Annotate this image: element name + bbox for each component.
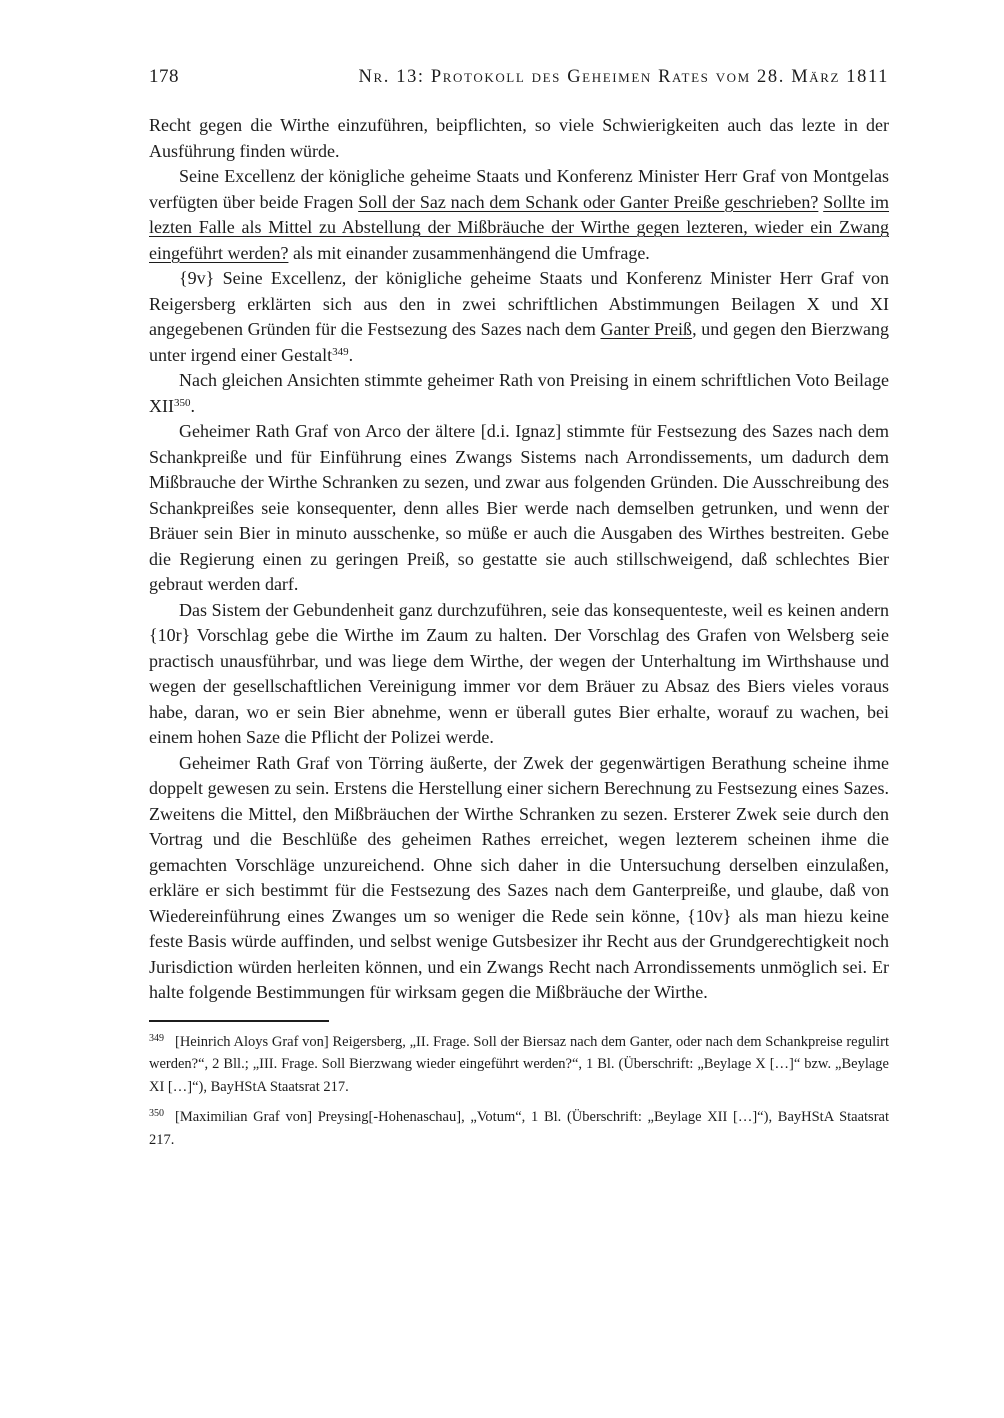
underlined-text: Soll der Saz nach dem Schank oder Ganter… — [358, 192, 818, 212]
footnote-number: 349 — [149, 1033, 164, 1044]
text-column: 178 Nr. 13: Protokoll des Geheimen Rates… — [149, 66, 889, 1159]
text-run: Geheimer Rath Graf von Törring äußerte, … — [149, 753, 889, 1003]
text-run: als mit einander zusammenhängend die Umf… — [288, 243, 649, 263]
page-number: 178 — [149, 66, 179, 88]
text-run: Geheimer Rath Graf von Arco der ältere [… — [149, 421, 889, 594]
text-run: . — [191, 396, 196, 416]
paragraph: Das Sistem der Gebundenheit ganz durchzu… — [149, 598, 889, 751]
text-run: Recht gegen die Wirthe einzuführen, beip… — [149, 115, 889, 161]
body-text: Recht gegen die Wirthe einzuführen, beip… — [149, 113, 889, 1006]
paragraph: Recht gegen die Wirthe einzuführen, beip… — [149, 113, 889, 164]
footnote-number: 350 — [149, 1108, 164, 1119]
paragraph: Geheimer Rath Graf von Törring äußerte, … — [149, 751, 889, 1006]
footnote-text: [Heinrich Aloys Graf von] Reigersberg, „… — [149, 1034, 889, 1095]
footnote: 349[Heinrich Aloys Graf von] Reigersberg… — [149, 1031, 889, 1099]
footnotes: 349[Heinrich Aloys Graf von] Reigersberg… — [149, 1031, 889, 1152]
paragraph: Nach gleichen Ansichten stimmte geheimer… — [149, 368, 889, 419]
footnote-text: [Maximilian Graf von] Preysing[-Hohenasc… — [149, 1109, 889, 1148]
text-run: . — [349, 345, 354, 365]
book-page: 178 Nr. 13: Protokoll des Geheimen Rates… — [0, 0, 1004, 1418]
text-run: Nach gleichen Ansichten stimmte geheimer… — [149, 370, 889, 416]
paragraph: {9v} Seine Excellenz, der königliche geh… — [149, 266, 889, 368]
footnote-reference: 349 — [332, 346, 349, 358]
running-header: 178 Nr. 13: Protokoll des Geheimen Rates… — [149, 66, 889, 90]
paragraph: Geheimer Rath Graf von Arco der ältere [… — [149, 419, 889, 598]
footnote-separator-rule — [149, 1020, 329, 1022]
underlined-text: Ganter Preiß — [600, 319, 692, 339]
running-head-title: Nr. 13: Protokoll des Geheimen Rates vom… — [359, 67, 889, 88]
paragraph: Seine Excellenz der königliche geheime S… — [149, 164, 889, 266]
text-run: Das Sistem der Gebundenheit ganz durchzu… — [149, 600, 889, 748]
footnote: 350[Maximilian Graf von] Preysing[-Hohen… — [149, 1106, 889, 1151]
footnote-reference: 350 — [174, 397, 191, 409]
